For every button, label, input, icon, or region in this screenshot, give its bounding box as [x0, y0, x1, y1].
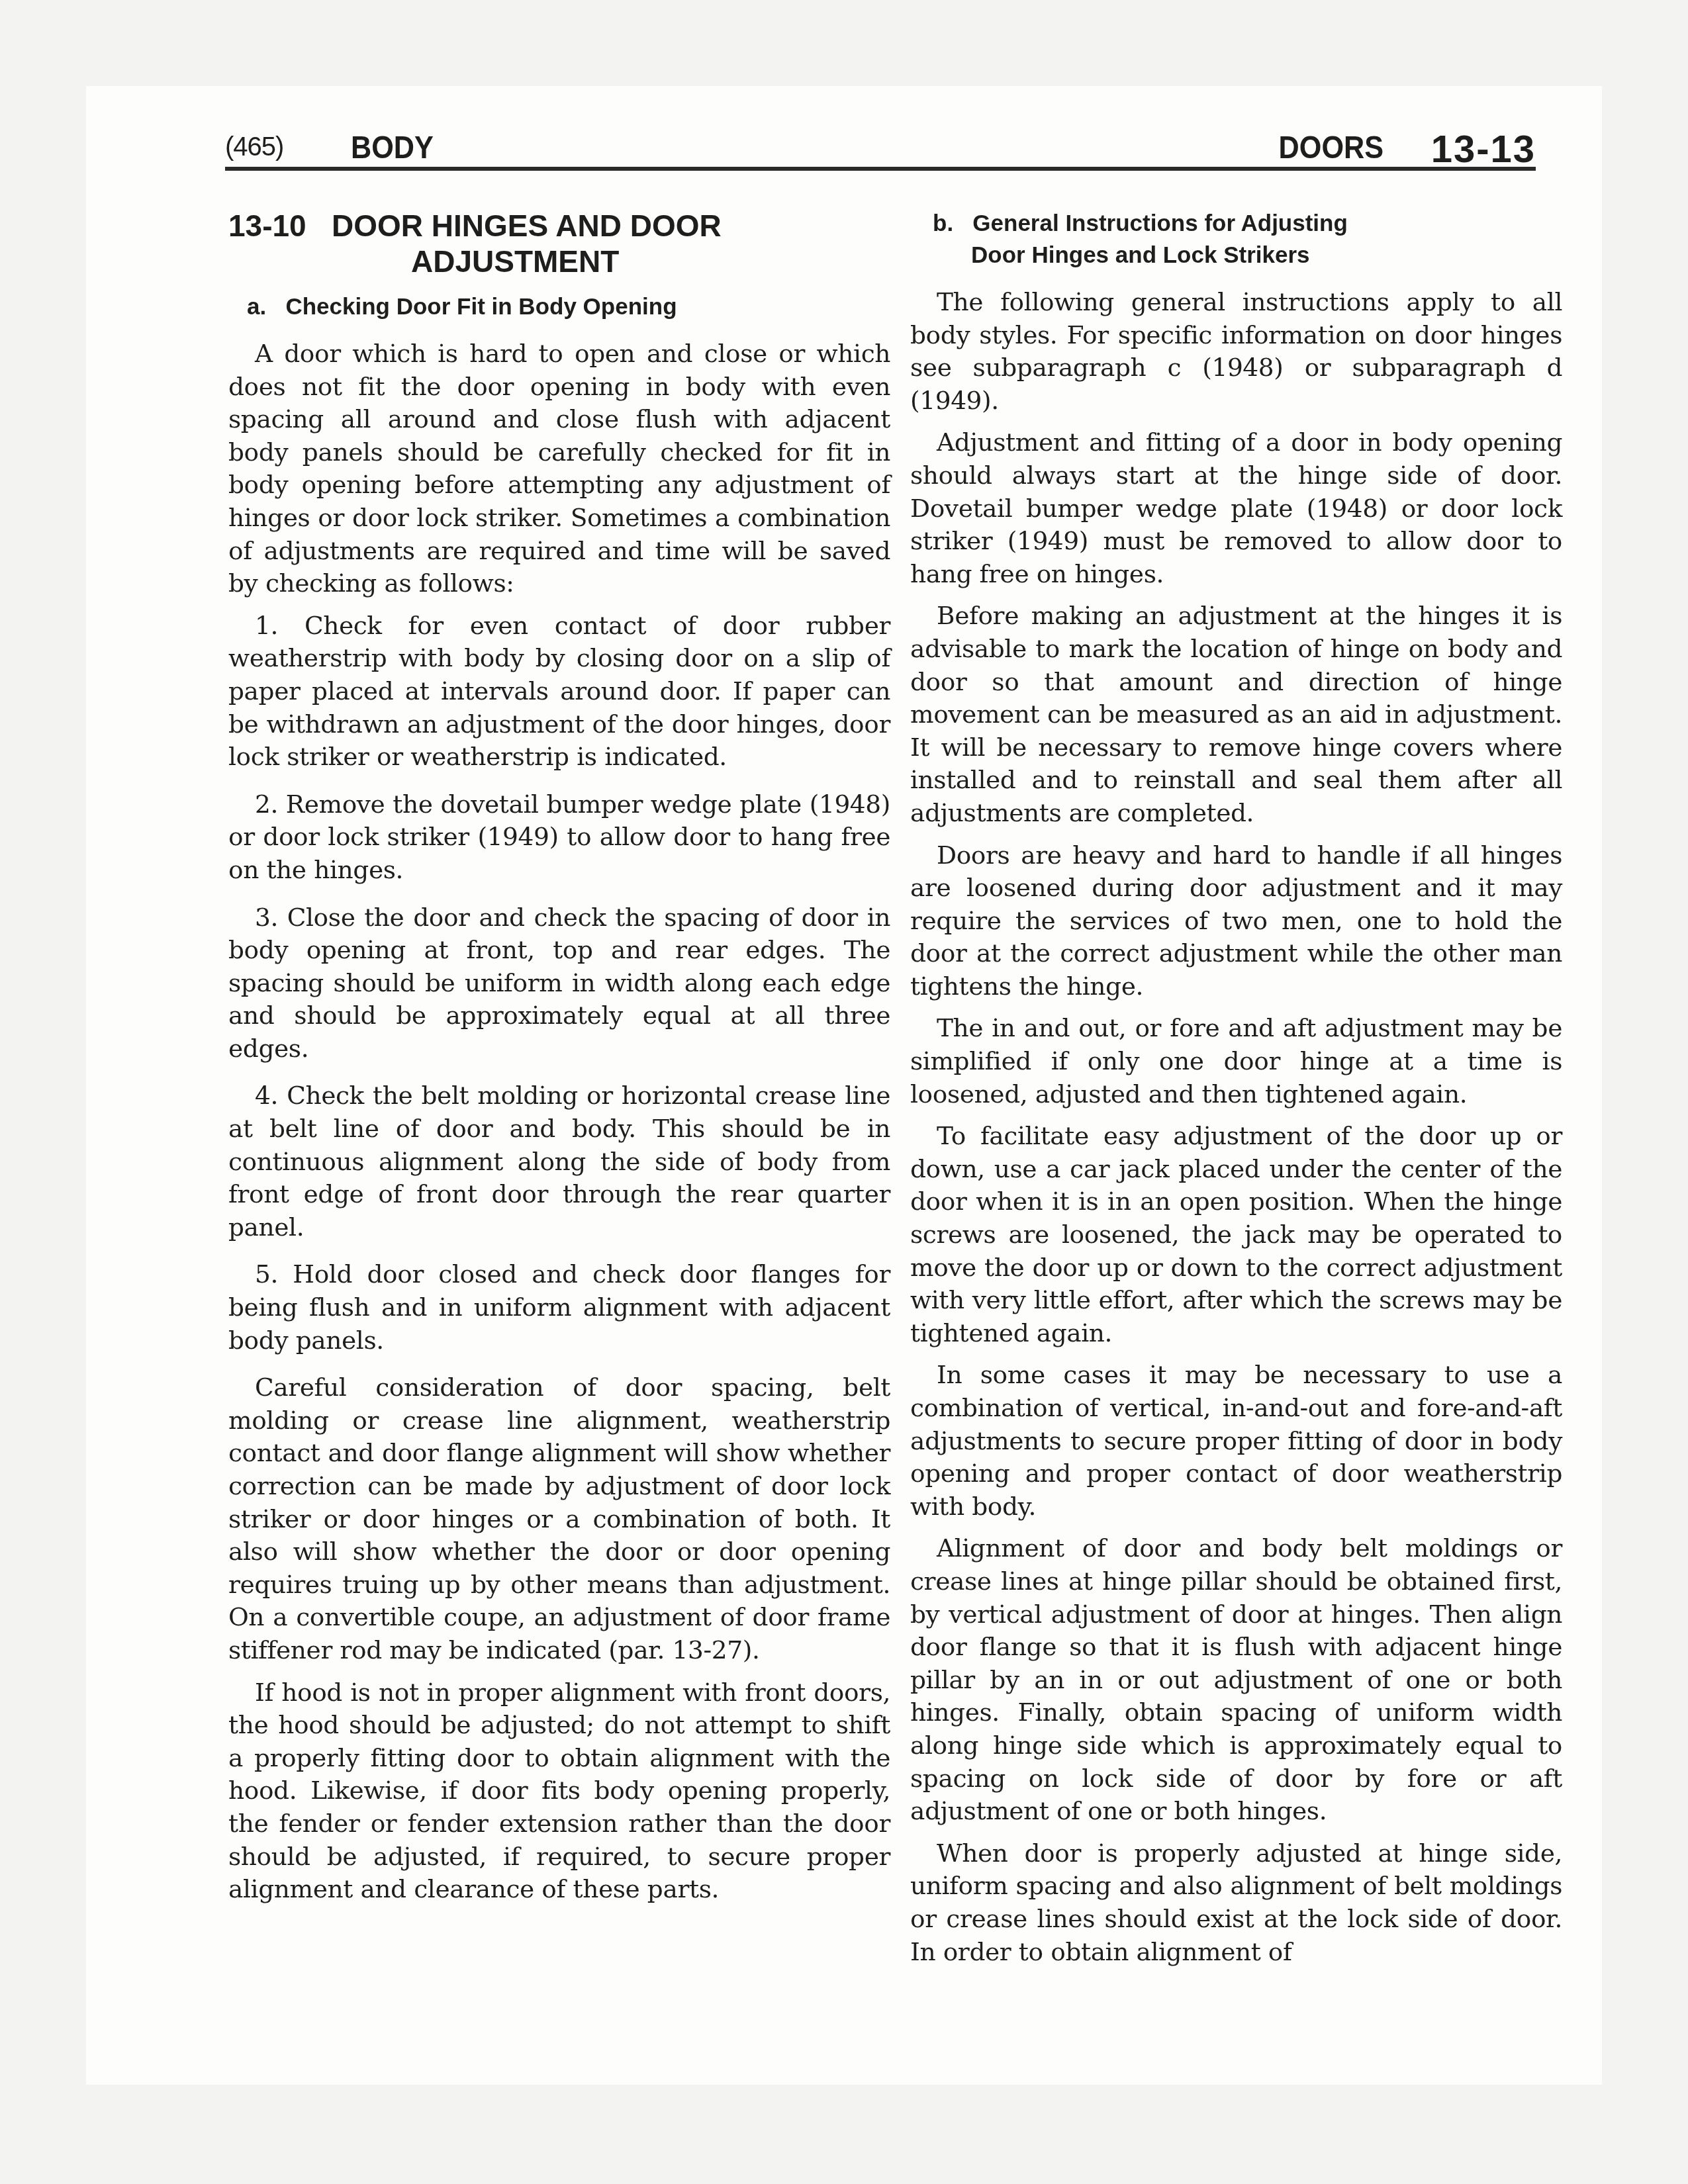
section-title-line1: DOOR HINGES AND DOOR: [332, 208, 722, 243]
paragraph-in-out: The in and out, or fore and aft adjustme…: [910, 1012, 1562, 1111]
step-3: 3. Close the door and check the spacing …: [228, 901, 890, 1066]
step-2: 2. Remove the dovetail bumper wedge plat…: [228, 788, 890, 887]
page-code: 13-13: [1431, 127, 1536, 171]
section-heading: 13-10 DOOR HINGES AND DOOR ADJUSTMENT: [228, 208, 890, 279]
paragraph-intro: A door which is hard to open and close o…: [228, 338, 890, 600]
header-rule: [225, 167, 1536, 171]
paragraph-hinge-side: Adjustment and fitting of a door in body…: [910, 426, 1562, 590]
step-5: 5. Hold door closed and check door flang…: [228, 1258, 890, 1357]
page-number: (465): [225, 132, 283, 162]
paragraph-alignment: Alignment of door and body belt moldings…: [910, 1532, 1562, 1827]
paragraph-general: The following general instructions apply…: [910, 286, 1562, 417]
subsection-b-title-line1: General Instructions for Adjusting: [972, 210, 1348, 236]
subsection-a-label: a.: [247, 294, 266, 320]
left-column: 13-10 DOOR HINGES AND DOOR ADJUSTMENT a.…: [228, 199, 890, 1915]
subsection-b-heading: b. General Instructions for Adjusting Do…: [910, 208, 1572, 271]
paragraph-heavy-doors: Doors are heavy and hard to handle if al…: [910, 839, 1562, 1003]
subsection-a-title: Checking Door Fit in Body Opening: [285, 294, 677, 320]
step-1: 1. Check for even contact of door rubber…: [228, 610, 890, 774]
section-title-line2: ADJUSTMENT: [228, 244, 890, 279]
chapter-label: DOORS: [1279, 130, 1383, 166]
paragraph-car-jack: To facilitate easy adjustment of the doo…: [910, 1120, 1562, 1349]
paragraph-lock-side: When door is properly adjusted at hinge …: [910, 1837, 1562, 1968]
step-4: 4. Check the belt molding or horizontal …: [228, 1079, 890, 1244]
paragraph-combination: In some cases it may be necessary to use…: [910, 1359, 1562, 1523]
paragraph-mark-location: Before making an adjustment at the hinge…: [910, 600, 1562, 829]
section-number: 13-10: [228, 208, 306, 243]
right-column: b. General Instructions for Adjusting Do…: [910, 199, 1572, 1978]
paragraph-hood-alignment: If hood is not in proper alignment with …: [228, 1676, 890, 1906]
subsection-b-label: b.: [933, 210, 953, 236]
section-label: BODY: [351, 130, 434, 166]
subsection-a-heading: a. Checking Door Fit in Body Opening: [228, 291, 890, 323]
paragraph-careful-consideration: Careful consideration of door spacing, b…: [228, 1371, 890, 1666]
subsection-b-title-line2: Door Hinges and Lock Strikers: [933, 240, 1572, 271]
